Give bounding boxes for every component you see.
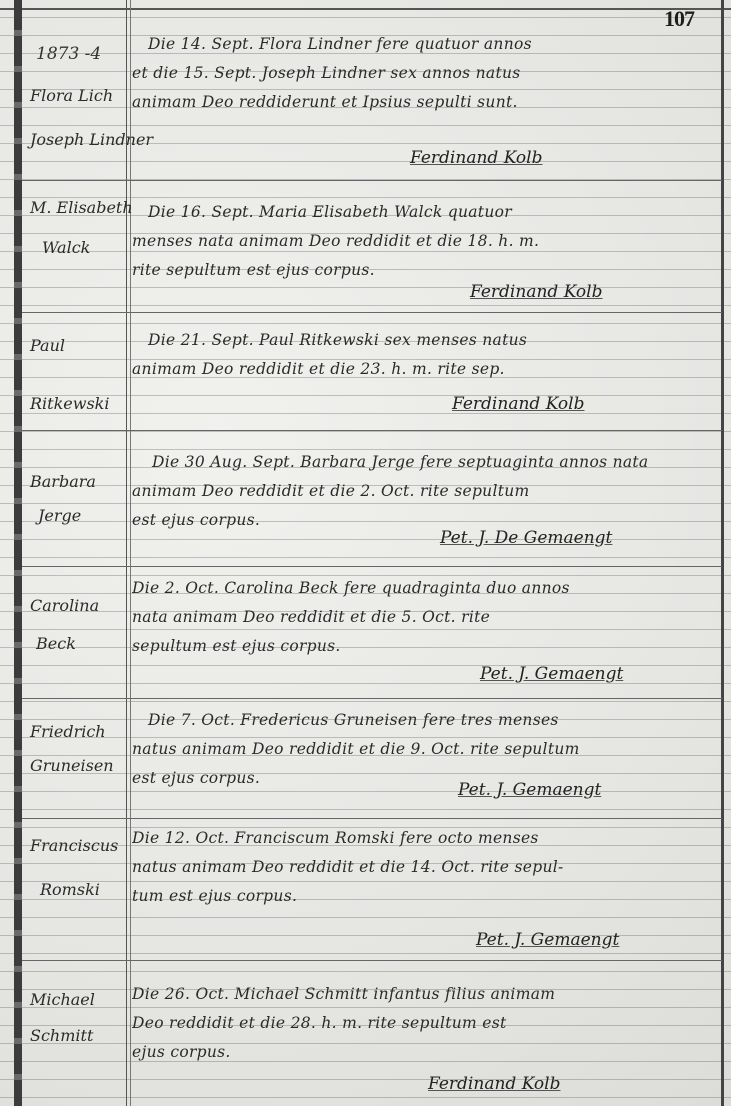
entry-separator bbox=[22, 960, 722, 961]
register-page: 107 1873 -4 Flora Lich Joseph Lindner Di… bbox=[0, 0, 731, 1106]
entry-text: Die 12. Oct. Franciscum Romski fere octo… bbox=[132, 824, 718, 911]
year-label: 1873 -4 bbox=[36, 44, 101, 64]
entry-text: Die 16. Sept. Maria Elisabeth Walck quat… bbox=[132, 198, 718, 285]
entry-signature: Pet. J. Gemaengt bbox=[458, 780, 601, 800]
entry-margin-name: Franciscus Romski bbox=[30, 826, 126, 910]
entry-signature: Ferdinand Kolb bbox=[452, 394, 585, 414]
entry-separator bbox=[22, 818, 722, 819]
binding-edge bbox=[14, 0, 22, 1106]
entry-margin-name: Michael Schmitt bbox=[30, 980, 126, 1056]
entry-text: Die 21. Sept. Paul Ritkewski sex menses … bbox=[132, 326, 718, 384]
entry-separator bbox=[22, 180, 722, 181]
margin-column-divider bbox=[126, 0, 131, 1106]
page-number: 107 bbox=[664, 6, 694, 32]
entry-text: Die 14. Sept. Flora Lindner fere quatuor… bbox=[132, 30, 718, 117]
right-page-edge bbox=[721, 0, 724, 1106]
entry-separator bbox=[22, 566, 722, 567]
entry-margin-name: Barbara Jerge bbox=[30, 462, 126, 536]
entry-signature: Pet. J. Gemaengt bbox=[476, 930, 619, 950]
entry-separator bbox=[22, 312, 722, 313]
entry-margin-name: Flora Lich Joseph Lindner bbox=[30, 76, 126, 160]
entry-signature: Pet. J. Gemaengt bbox=[480, 664, 623, 684]
entry-margin-name: Friedrich Gruneisen bbox=[30, 712, 126, 786]
entry-signature: Ferdinand Kolb bbox=[428, 1074, 561, 1094]
entry-separator bbox=[22, 698, 722, 699]
entry-signature: Pet. J. De Gemaengt bbox=[440, 528, 612, 548]
entry-margin-name: Paul Ritkewski bbox=[30, 326, 126, 424]
entry-signature: Ferdinand Kolb bbox=[410, 148, 543, 168]
entry-text: Die 30 Aug. Sept. Barbara Jerge fere sep… bbox=[132, 448, 718, 535]
entry-signature: Ferdinand Kolb bbox=[470, 282, 603, 302]
entry-text: Die 26. Oct. Michael Schmitt infantus fi… bbox=[132, 980, 718, 1067]
entry-margin-name: Carolina Beck bbox=[30, 586, 126, 664]
entry-margin-name: M. Elisabeth Walck bbox=[30, 188, 126, 268]
entry-text: Die 7. Oct. Fredericus Gruneisen fere tr… bbox=[132, 706, 718, 793]
top-rule bbox=[0, 8, 731, 10]
entry-text: Die 2. Oct. Carolina Beck fere quadragin… bbox=[132, 574, 718, 661]
entry-separator bbox=[22, 430, 722, 431]
